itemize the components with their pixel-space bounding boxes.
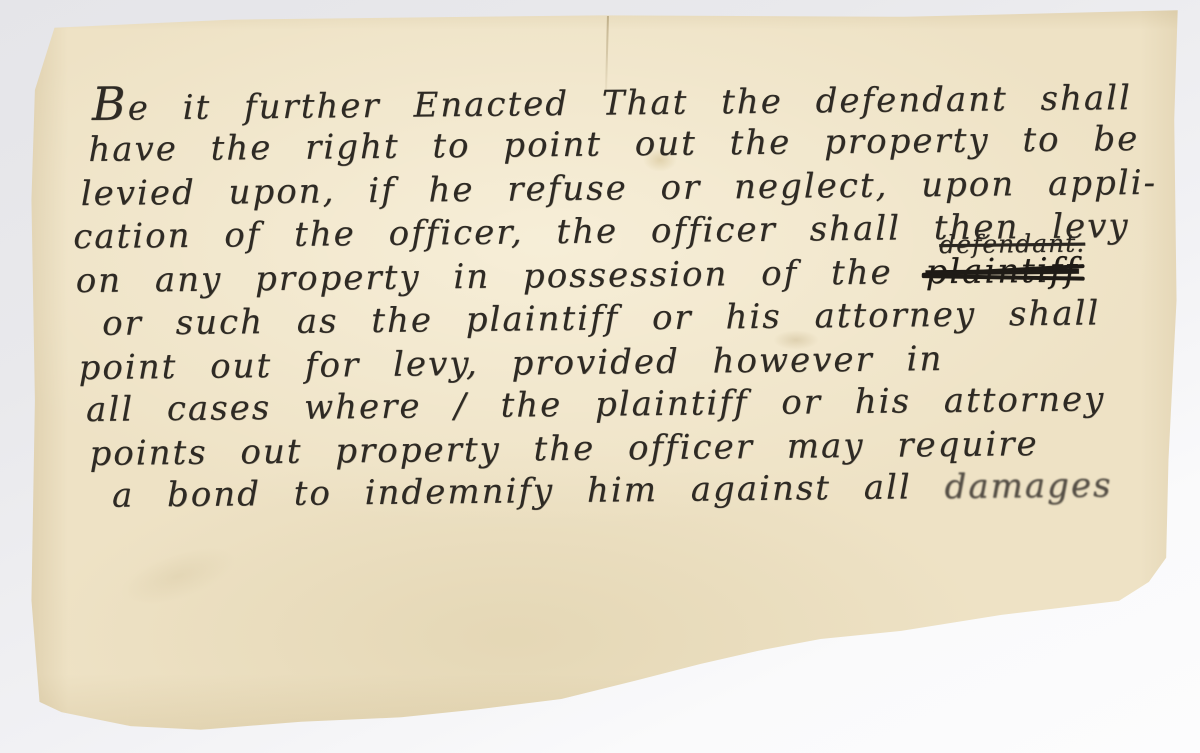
line-text: all cases where / the plaintiff or his a… bbox=[86, 379, 1106, 430]
manuscript-line: a bond to indemnify him against all dama… bbox=[112, 465, 1113, 515]
manuscript-line: all cases where / the plaintiff or his a… bbox=[86, 379, 1106, 430]
manuscript-text: Be it further Enacted That the defendant… bbox=[25, 0, 1185, 741]
manuscript-line: point out for levy, provided however in bbox=[78, 339, 943, 388]
manuscript-line: levied upon, if he refuse or neglect, up… bbox=[81, 163, 1158, 214]
scan-background: Be it further Enacted That the defendant… bbox=[0, 0, 1200, 753]
manuscript-line: on any property in possession of the pla… bbox=[76, 251, 1080, 302]
manuscript-line: or such as the plaintiff or his attorney… bbox=[102, 293, 1100, 343]
inserted-word: defendant. bbox=[939, 224, 1085, 266]
line-text: a bond to indemnify him against all bbox=[112, 467, 912, 515]
manuscript-line: points out property the officer may requ… bbox=[89, 424, 1038, 474]
line-text: points out property the officer may requ… bbox=[89, 424, 1038, 474]
paper-fragment: Be it further Enacted That the defendant… bbox=[28, 8, 1180, 740]
smudged-word: damages bbox=[944, 465, 1112, 507]
line-text: point out for levy, provided however in bbox=[78, 339, 943, 388]
line-text: or such as the plaintiff or his attorney… bbox=[102, 293, 1100, 343]
correction-group: plaintiff defendant. bbox=[925, 251, 1079, 293]
line-text: levied upon, if he refuse or neglect, up… bbox=[81, 163, 1158, 214]
line-text: on any property in possession of the bbox=[76, 253, 893, 302]
